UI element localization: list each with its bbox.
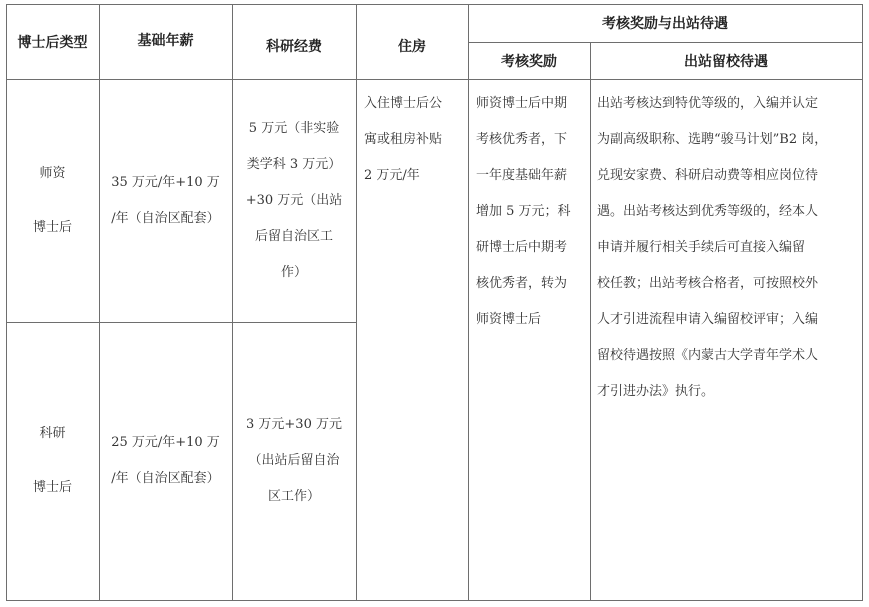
retention-line: 留校待遇按照《内蒙古大学青年学术人 xyxy=(597,338,861,374)
funding-line: 后留自治区工 xyxy=(255,219,333,255)
salary-line: 25 万元/年+10 万 xyxy=(111,425,220,461)
reward-line: 师资博士后 xyxy=(476,302,588,338)
housing-line: 寓或租房补贴 xyxy=(364,122,466,158)
table-border-right xyxy=(862,4,863,601)
funding-line: 作） xyxy=(281,255,307,291)
retention-line: 人才引进流程申请入编留校评审；入编 xyxy=(597,302,861,338)
header-group-assessment-exit: 考核奖励与出站待遇 xyxy=(468,4,862,42)
header-housing: 住房 xyxy=(356,8,468,83)
retention-line: 为副高级职称、选聘“骏马计划”B2 岗， xyxy=(597,122,861,158)
row-teaching-postdoc-salary: 35 万元/年+10 万 /年（自治区配套） xyxy=(99,79,232,322)
table-border-bottom xyxy=(6,600,863,601)
row-research-postdoc-funding: 3 万元+30 万元 （出站后留自治 区工作） xyxy=(232,322,356,600)
salary-line: /年（自治区配套） xyxy=(111,461,219,497)
header-postdoc-type: 博士后类型 xyxy=(6,4,99,79)
retention-line: 兑现安家费、科研启动费等相应岗位待 xyxy=(597,158,861,194)
type-line: 博士后 xyxy=(33,461,72,515)
salary-line: /年（自治区配套） xyxy=(111,201,219,237)
funding-line: +30 万元（出站 xyxy=(246,183,343,219)
header-retention-treatment: 出站留校待遇 xyxy=(590,42,862,79)
reward-line: 师资博士后中期 xyxy=(476,86,588,122)
header-research-funding: 科研经费 xyxy=(232,8,356,83)
header-assessment-reward: 考核奖励 xyxy=(468,42,590,79)
funding-line: 区工作） xyxy=(268,479,320,515)
reward-line: 考核优秀者，下 xyxy=(476,122,588,158)
retention-line: 才引进办法》执行。 xyxy=(597,374,861,410)
reward-line: 核优秀者，转为 xyxy=(476,266,588,302)
funding-line: 类学科 3 万元） xyxy=(247,147,342,183)
row-teaching-postdoc-type: 师资 博士后 xyxy=(6,79,99,322)
housing-cell: 入住博士后公 寓或租房补贴 2 万元/年 xyxy=(364,86,466,194)
header-base-salary: 基础年薪 xyxy=(99,4,232,75)
col-divider-4 xyxy=(468,4,469,601)
reward-line: 研博士后中期考 xyxy=(476,230,588,266)
housing-line: 入住博士后公 xyxy=(364,86,466,122)
funding-line: 5 万元（非实验 xyxy=(249,111,339,147)
funding-line: （出站后留自治 xyxy=(248,443,339,479)
housing-line: 2 万元/年 xyxy=(364,158,466,194)
row-research-postdoc-type: 科研 博士后 xyxy=(6,322,99,600)
reward-line: 增加 5 万元；科 xyxy=(476,194,588,230)
col-divider-5 xyxy=(590,42,591,601)
row-teaching-postdoc-funding: 5 万元（非实验 类学科 3 万元） +30 万元（出站 后留自治区工 作） xyxy=(232,79,356,322)
reward-line: 一年度基础年薪 xyxy=(476,158,588,194)
salary-line: 35 万元/年+10 万 xyxy=(111,165,220,201)
retention-line: 遇。出站考核达到优秀等级的，经本人 xyxy=(597,194,861,230)
retention-line: 申请并履行相关手续后可直接入编留 xyxy=(597,230,861,266)
type-line: 科研 xyxy=(39,407,65,461)
col-divider-3 xyxy=(356,4,357,601)
type-line: 师资 xyxy=(39,147,65,201)
assessment-reward-cell: 师资博士后中期 考核优秀者，下 一年度基础年薪 增加 5 万元；科 研博士后中期… xyxy=(476,86,588,338)
type-line: 博士后 xyxy=(33,201,72,255)
retention-line: 出站考核达到特优等级的，入编并认定 xyxy=(597,86,861,122)
row-research-postdoc-salary: 25 万元/年+10 万 /年（自治区配套） xyxy=(99,322,232,600)
retention-treatment-cell: 出站考核达到特优等级的，入编并认定 为副高级职称、选聘“骏马计划”B2 岗， 兑… xyxy=(597,86,861,410)
funding-line: 3 万元+30 万元 xyxy=(246,407,342,443)
retention-line: 校任教；出站考核合格者，可按照校外 xyxy=(597,266,861,302)
